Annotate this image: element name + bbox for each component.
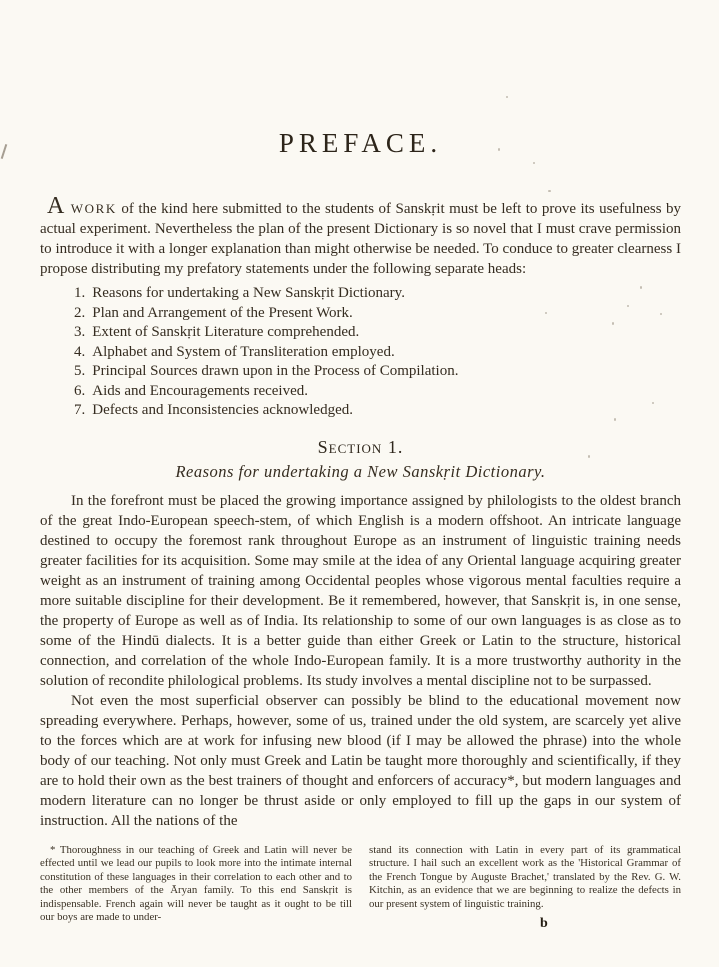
list-item-text: Extent of Sanskṛit Literature comprehend… [92,324,359,340]
list-item-number: 6. [74,383,85,399]
footnote-column-left: * Thoroughness in our teaching of Greek … [40,844,352,924]
list-item: 5.Principal Sources drawn upon in the Pr… [74,362,681,382]
list-item-text: Alphabet and System of Transliteration e… [92,344,394,360]
text-column: PREFACE. A Work of the kind here submitt… [40,0,681,831]
signature-mark: b [540,916,548,932]
list-item-text: Aids and Encouragements received. [92,383,308,399]
page-title: PREFACE. [40,128,681,159]
list-item-number: 3. [74,324,85,340]
list-item-text: Plan and Arrangement of the Present Work… [92,305,353,321]
section-subtitle: Reasons for undertaking a New Sanskṛit D… [40,462,681,482]
list-item-text: Reasons for undertaking a New Sanskṛit D… [92,285,405,301]
body-paragraph: Not even the most superficial observer c… [40,691,681,831]
list-item-number: 1. [74,285,85,301]
list-item-number: 2. [74,305,85,321]
list-item-text: Defects and Inconsistencies acknowledged… [92,402,353,418]
list-item: 3.Extent of Sanskṛit Literature comprehe… [74,323,681,343]
list-item-number: 7. [74,402,85,418]
book-page: PREFACE. A Work of the kind here submitt… [0,0,719,967]
lead-word: Work [71,201,117,216]
list-item-text: Principal Sources drawn upon in the Proc… [92,363,458,379]
list-item: 6.Aids and Encouragements received. [74,382,681,402]
drop-initial: A [47,193,64,219]
opening-text: of the kind here submitted to the studen… [40,201,681,277]
list-item: 2.Plan and Arrangement of the Present Wo… [74,304,681,324]
body-paragraph: In the forefront must be placed the grow… [40,491,681,691]
list-item: 7.Defects and Inconsistencies acknowledg… [74,401,681,421]
list-item-number: 4. [74,344,85,360]
footnote-column-right: stand its connection with Latin in every… [369,844,681,924]
opening-paragraph: A Work of the kind here submitted to the… [40,194,681,279]
contents-list: 1.Reasons for undertaking a New Sanskṛit… [40,284,681,421]
scan-artifact-mark [1,144,8,159]
list-item: 1.Reasons for undertaking a New Sanskṛit… [74,284,681,304]
list-item-number: 5. [74,363,85,379]
footnote-area: * Thoroughness in our teaching of Greek … [40,844,681,924]
section-heading: Section 1. [40,437,681,458]
list-item: 4.Alphabet and System of Transliteration… [74,343,681,363]
